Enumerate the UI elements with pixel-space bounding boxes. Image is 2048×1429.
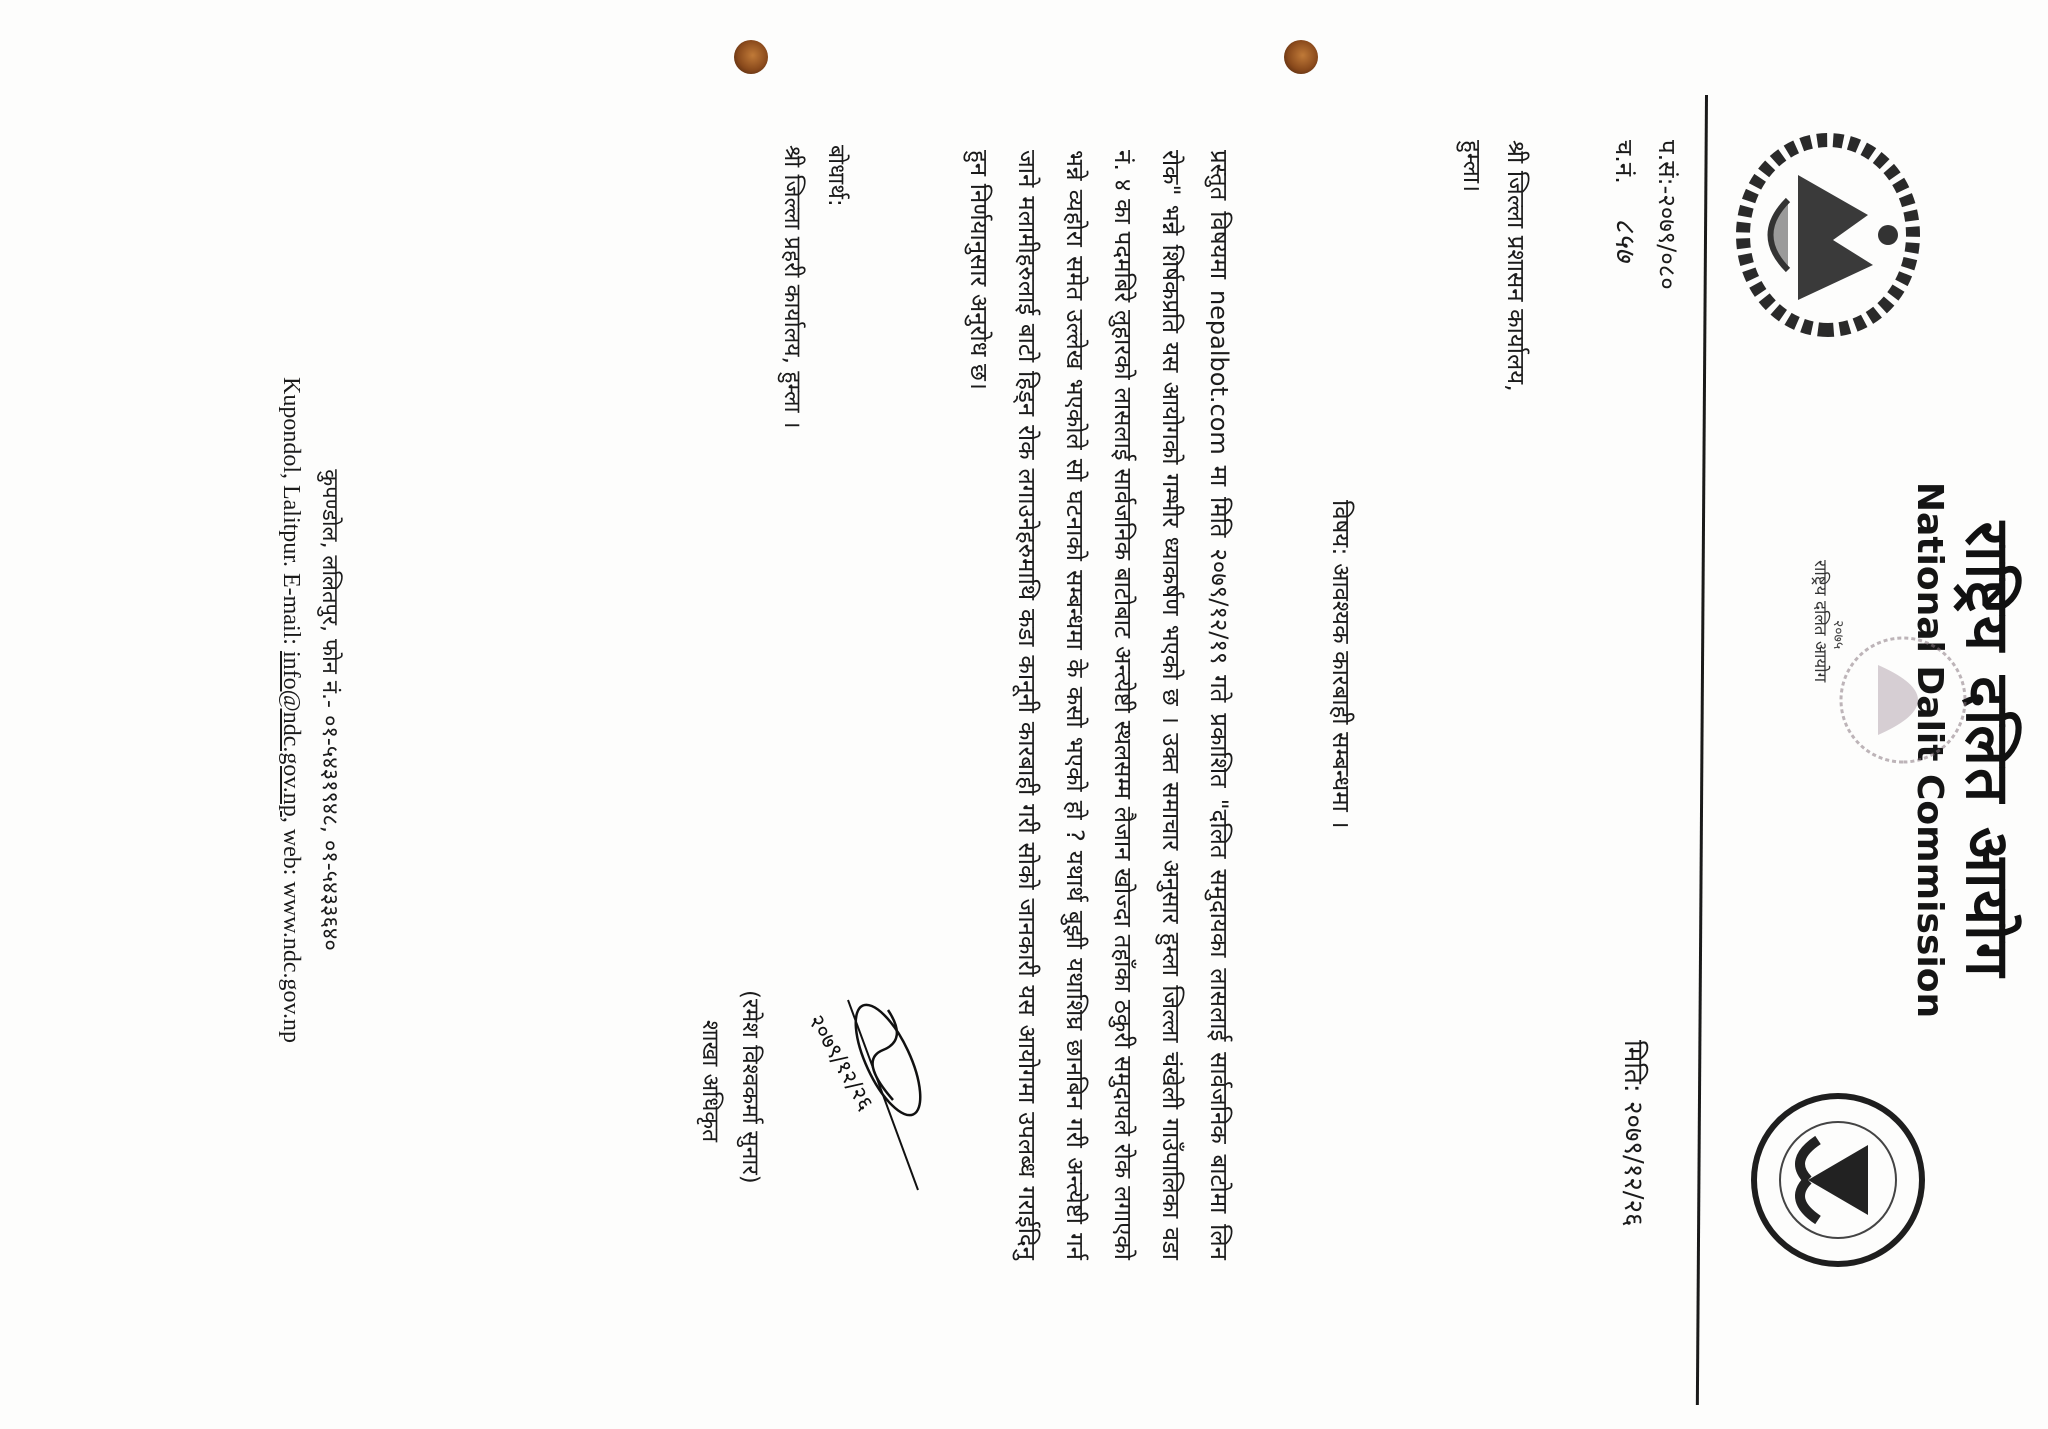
handwritten-chalani: ८५७ bbox=[1609, 218, 1642, 262]
footer-address-english: Kupondol, Lalitpur. E-mail: info@ndc.gov… bbox=[272, 260, 310, 1160]
commission-seal-icon bbox=[1748, 1090, 1928, 1270]
patra-sankhya: प.सं:-२०७९/०८० bbox=[1646, 140, 1688, 290]
reference-block: प.सं:-२०७९/०८० च.नं.८५७ bbox=[1603, 140, 1688, 290]
letter-date: मिति: २०७९/१२/२६ bbox=[1617, 1040, 1653, 1227]
signatory-name: (रमेश विश्वकर्मा सुनार) bbox=[736, 990, 768, 1184]
watermark-seal-icon bbox=[1828, 625, 1978, 775]
punch-hole bbox=[734, 40, 768, 74]
web-link[interactable]: www.ndc.gov.np bbox=[278, 881, 304, 1043]
cc-label: बोधार्थ: bbox=[814, 145, 858, 429]
subject-line: विषय: आवश्यक कारबाही सम्बन्धमा । bbox=[1325, 500, 1358, 829]
title-nepali: राष्ट्रिय दलित आयोग bbox=[1954, 470, 2020, 1030]
footer-address-nepali: कुपण्डोल, ललितपुर, फोन नं.- ०१-५४३१९४८, … bbox=[310, 260, 348, 1160]
letter-footer: कुपण्डोल, ललितपुर, फोन नं.- ०१-५४३१९४८, … bbox=[272, 260, 348, 1160]
cc-block: बोधार्थ: श्री जिल्ला प्रहरी कार्यालय, हु… bbox=[770, 145, 858, 429]
signatory-designation: शाखा अधिकृत bbox=[696, 1020, 728, 1142]
cc-recipient: श्री जिल्ला प्रहरी कार्यालय, हुम्ला । bbox=[770, 145, 814, 429]
chalani-number: च.नं.८५७ bbox=[1603, 140, 1646, 290]
watermark-seal-year: २०७५ bbox=[1829, 620, 1848, 649]
punch-hole bbox=[1284, 40, 1318, 74]
letter-body: प्रस्तुत विषयमा nepalbot.com मा मिति २०७… bbox=[955, 150, 1243, 1260]
header-divider bbox=[1696, 95, 1708, 1405]
scanned-letter-page: राष्ट्रिय दलित आयोग National Dalit Commi… bbox=[0, 0, 2048, 1429]
nepal-emblem-icon bbox=[1728, 120, 1928, 350]
email-link[interactable]: info@ndc.gov.np bbox=[278, 651, 304, 817]
recipient-address: श्री जिल्ला प्रशासन कार्यालय, हुम्ला। bbox=[1450, 140, 1538, 392]
